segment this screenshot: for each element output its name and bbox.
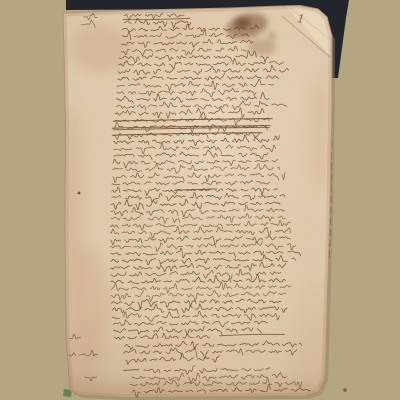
ink-speck <box>78 192 81 195</box>
manuscript-photograph: 1 <box>0 0 400 400</box>
stain <box>311 75 329 195</box>
stain <box>120 325 260 375</box>
stain <box>72 245 108 365</box>
backdrop-fleck <box>343 388 347 392</box>
ink-blot-spread <box>248 39 276 55</box>
handwriting-stroke <box>124 370 139 371</box>
ink-blot-satellite <box>268 32 276 40</box>
stain <box>70 24 130 72</box>
manuscript-render: 1 <box>0 0 400 400</box>
page-surface: 1 <box>55 0 345 400</box>
